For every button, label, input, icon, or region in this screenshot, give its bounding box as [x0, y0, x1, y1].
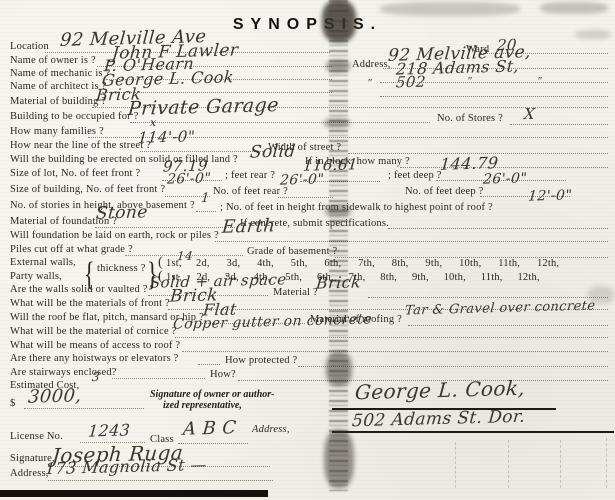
- architect-label: Name of architect is ?: [10, 81, 107, 92]
- building-front-entry: 26'-0": [166, 170, 211, 187]
- roof-access-label: What will be means of access to roof ?: [10, 340, 180, 351]
- ink-smudge: [325, 205, 351, 217]
- bleed-through-line: [508, 440, 509, 488]
- ditto-mark: ″: [468, 76, 473, 87]
- dotted-leader: [368, 296, 608, 298]
- street-near-label: How near the line of the street ?: [10, 140, 151, 151]
- architect-address-entry: 502: [395, 73, 426, 92]
- dotted-leader: [388, 227, 608, 229]
- dotted-leader: [380, 95, 608, 97]
- building-deep-entry: 26'-0": [482, 170, 527, 187]
- how-label: How?: [210, 369, 236, 380]
- dotted-leader: [198, 363, 220, 365]
- signature-note-line2: ized representative,: [163, 400, 242, 411]
- ink-smudge: [322, 0, 356, 42]
- front-materials-label: What will be the materials of front ?: [10, 298, 170, 309]
- stores-label: No. of Stores ?: [437, 113, 503, 124]
- address-label-bottom: Address,: [10, 468, 49, 479]
- bleed-through-line: [560, 440, 561, 488]
- building-deep-label: No. of feet deep ?: [405, 186, 484, 197]
- lot-rear-label: ; feet rear ?: [225, 170, 275, 181]
- land-entry: Solid: [249, 141, 296, 162]
- stores-entry: X: [523, 105, 536, 123]
- dotted-leader: [278, 196, 333, 198]
- license-entry: 1243: [87, 420, 131, 440]
- license-label: License No.: [10, 431, 63, 442]
- mechanic-label: Name of mechanic is ?: [10, 68, 110, 79]
- owner-signature: George L. Cook,: [354, 376, 526, 405]
- dotted-leader: [95, 226, 235, 228]
- external-thickness-entry: 14: [176, 249, 193, 263]
- external-walls-label: External walls,: [10, 257, 76, 268]
- dotted-leader: [408, 324, 608, 326]
- roof-height-entry: 12'-0": [527, 187, 572, 204]
- dotted-leader: [48, 479, 273, 481]
- building-size-label: Size of building, No. of feet front ?: [10, 184, 165, 195]
- scan-smudge: [380, 2, 520, 16]
- class-entry: A B C: [182, 417, 237, 439]
- building-rear-entry: 26'-0": [279, 171, 324, 188]
- thickness-label: thickness ?: [97, 263, 146, 274]
- foundation-entry: Stone: [95, 202, 148, 223]
- dollar-sign: $: [10, 398, 15, 409]
- owner-signature-address: 502 Adams St. Dor.: [351, 407, 526, 432]
- party-walls-label: Party walls,: [10, 271, 62, 282]
- dotted-leader: [196, 210, 216, 212]
- ink-smudge: [326, 352, 352, 386]
- roofing-entry: Tar & Gravel over concrete: [404, 298, 595, 318]
- ditto-mark: ″: [366, 64, 371, 75]
- ditto-mark: ″: [538, 76, 543, 87]
- dotted-leader: [510, 123, 608, 125]
- dotted-leader: [215, 240, 608, 242]
- how-protected-label: How protected ?: [225, 355, 297, 366]
- address-underline: [332, 431, 614, 433]
- walls-vaulted-label: Are the walls solid or vaulted ?: [10, 284, 148, 295]
- bleed-through-line: [455, 442, 456, 488]
- scan-smudge: [540, 2, 608, 14]
- external-ordinals: 2d, 3d, 4th, 5th, 6th, 7th, 8th, 9th, 10…: [196, 258, 559, 269]
- lot-label: Size of lot, No. of feet front ?: [10, 168, 140, 179]
- dotted-leader: [178, 442, 248, 444]
- cost-mark: 3: [91, 370, 100, 384]
- ink-smudge: [326, 60, 350, 72]
- cost-entry: 3000,: [27, 385, 82, 407]
- ink-smudge: [324, 118, 350, 128]
- dotted-leader: [400, 166, 608, 168]
- ditto-mark: ″: [368, 78, 373, 89]
- scan-smudge: [575, 30, 611, 39]
- dotted-leader: [140, 150, 265, 152]
- location-label: Location: [10, 41, 49, 52]
- bottom-scan-bar: [0, 490, 268, 497]
- dotted-leader: [130, 121, 430, 123]
- dotted-leader: [182, 350, 608, 352]
- basement-grade-label: Grade of basement ?: [247, 246, 337, 257]
- occupied-for-label: Building to be occupied for ?: [10, 111, 139, 122]
- street-near-entry: 114'-0": [137, 127, 195, 147]
- cornice-label: What will be the material of cornice ?: [10, 326, 176, 337]
- scan-smudge: [588, 286, 614, 304]
- foundation-laid-entry: Earth: [221, 215, 276, 237]
- address-label-license: Address,: [252, 424, 290, 435]
- families-mark: x: [149, 116, 157, 129]
- building-rear-label: No. of feet rear ?: [213, 186, 288, 197]
- dotted-leader: [175, 336, 608, 338]
- owner-label: Name of owner is ?: [10, 55, 96, 66]
- piles-label: Piles cut off at what grade ?: [10, 244, 133, 255]
- bleed-through-line: [606, 438, 607, 488]
- walls-material-label: Material ?: [273, 287, 318, 298]
- stairways-label: Are stairways enclosed?: [10, 367, 117, 378]
- scanned-form-page: SYNOPSIS. Location 92 Melville Ave Ward …: [0, 0, 615, 500]
- ink-smudge: [324, 430, 354, 488]
- foundation-laid-label: Will foundation be laid on earth, rock o…: [10, 230, 219, 241]
- lot-deep-label: ; feet deep ?: [388, 170, 442, 181]
- fold-smudge-band: [329, 0, 348, 491]
- hoistways-label: Are there any hoistways or elevators ?: [10, 353, 179, 364]
- dotted-leader: [112, 377, 205, 379]
- stories-entry: 1: [200, 191, 210, 206]
- applicant-address: 173 Magnolia St —: [44, 455, 207, 478]
- roof-height-label: ; No. of feet in height from sidewalk to…: [220, 202, 493, 213]
- signature-note-line1: Signature of owner or author-: [150, 389, 274, 400]
